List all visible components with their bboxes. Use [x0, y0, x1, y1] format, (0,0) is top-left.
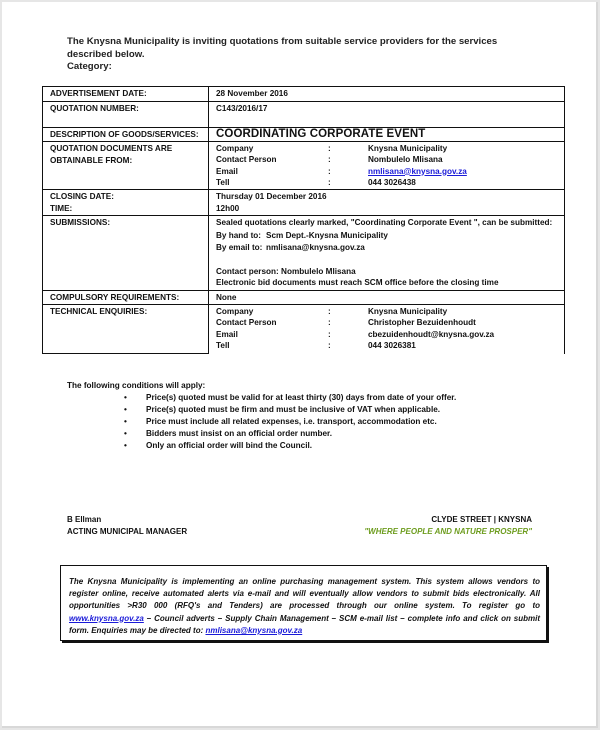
row-advertisement-date: ADVERTISEMENT DATE: 28 November 2016 [43, 87, 565, 102]
by-email-label: By email to: [216, 242, 266, 255]
separator: : [328, 317, 368, 328]
company-key: Company [216, 143, 328, 154]
email-value: cbezuidenhoudt@knysna.gov.za [368, 329, 557, 340]
row-compulsory: COMPULSORY REQUIREMENTS: None [43, 290, 565, 305]
technical-company: Company:Knysna Municipality [216, 306, 557, 317]
email-link[interactable]: nmlisana@knysna.gov.za [368, 166, 557, 177]
intro-text: The Knysna Municipality is inviting quot… [67, 36, 537, 61]
separator: : [328, 340, 368, 351]
submissions-contact: Contact person: Nombulelo Mlisana [216, 266, 557, 278]
closing-date-label: CLOSING DATE: [50, 191, 201, 203]
municipal-slogan: "WHERE PEOPLE AND NATURE PROSPER" [364, 526, 532, 538]
documents-company: Company:Knysna Municipality [216, 143, 557, 154]
signature-block: B Ellman ACTING MUNICIPAL MANAGER [67, 514, 187, 538]
documents-contact: Company:Knysna Municipality Contact Pers… [209, 142, 565, 190]
company-value: Knysna Municipality [368, 306, 557, 317]
documents-tell: Tell:044 3026438 [216, 177, 557, 188]
documents-email: Email:nmlisana@knysna.gov.za [216, 166, 557, 177]
contact-person-value: Nombulelo Mlisana [368, 154, 557, 165]
document-page: The Knysna Municipality is inviting quot… [2, 2, 598, 728]
description-label: DESCRIPTION OF GOODS/SERVICES: [43, 127, 209, 142]
website-link[interactable]: www.knysna.gov.za [69, 614, 144, 623]
row-technical: TECHNICAL ENQUIRIES: Company:Knysna Muni… [43, 305, 565, 354]
tell-value: 044 3026438 [368, 177, 557, 188]
row-closing: CLOSING DATE: TIME: Thursday 01 December… [43, 190, 565, 216]
category-label: Category: [67, 61, 537, 74]
row-submissions: SUBMISSIONS: Sealed quotations clearly m… [43, 216, 565, 291]
condition-item: Price must include all related expenses,… [124, 416, 537, 428]
row-quotation-number: QUOTATION NUMBER: C143/2016/17 [43, 101, 565, 127]
conditions-section: The following conditions will apply: Pri… [67, 381, 537, 452]
submissions-intro: Sealed quotations clearly marked, "Coord… [216, 217, 557, 229]
notice-text-1: The Knysna Municipality is implementing … [69, 577, 540, 610]
contact-person-value: Christopher Bezuidenhoudt [368, 317, 557, 328]
company-key: Company [216, 306, 328, 317]
online-system-notice: The Knysna Municipality is implementing … [60, 565, 547, 641]
by-email-row: By email to:nmlisana@knysna.gov.za [216, 242, 557, 255]
advertisement-date-value: 28 November 2016 [209, 87, 565, 102]
row-description: DESCRIPTION OF GOODS/SERVICES: COORDINAT… [43, 127, 565, 142]
intro-paragraph: The Knysna Municipality is inviting quot… [67, 36, 537, 74]
by-hand-label: By hand to: [216, 230, 266, 243]
email-key: Email [216, 166, 328, 177]
tell-value: 044 3026381 [368, 340, 557, 351]
condition-item: Bidders must insist on an official order… [124, 428, 537, 440]
submissions-label: SUBMISSIONS: [43, 216, 209, 291]
company-value: Knysna Municipality [368, 143, 557, 154]
address-street: CLYDE STREET | KNYSNA [364, 514, 532, 526]
quotation-details-table: ADVERTISEMENT DATE: 28 November 2016 QUO… [42, 86, 565, 354]
quotation-number-label: QUOTATION NUMBER: [43, 101, 209, 127]
tell-key: Tell [216, 177, 328, 188]
by-hand-value: Scm Dept.-Knysna Municipality [266, 230, 557, 243]
closing-value: Thursday 01 December 2016 12h00 [209, 190, 565, 216]
quotation-number-value: C143/2016/17 [209, 101, 565, 127]
signatory-name: B Ellman [67, 514, 187, 526]
condition-item: Price(s) quoted must be valid for at lea… [124, 392, 537, 404]
technical-email: Email:cbezuidenhoudt@knysna.gov.za [216, 329, 557, 340]
condition-item: Only an official order will bind the Cou… [124, 440, 537, 452]
submissions-note: Electronic bid documents must reach SCM … [216, 277, 557, 289]
closing-time-value: 12h00 [216, 203, 557, 215]
description-value: COORDINATING CORPORATE EVENT [209, 127, 565, 142]
enquiries-email-link[interactable]: nmlisana@knysna.gov.za [205, 626, 302, 635]
row-documents: QUOTATION DOCUMENTS ARE OBTAINABLE FROM:… [43, 142, 565, 190]
conditions-list: Price(s) quoted must be valid for at lea… [67, 392, 537, 452]
condition-item: Price(s) quoted must be firm and must be… [124, 404, 537, 416]
technical-label: TECHNICAL ENQUIRIES: [43, 305, 209, 354]
submissions-value: Sealed quotations clearly marked, "Coord… [209, 216, 565, 291]
compulsory-label: COMPULSORY REQUIREMENTS: [43, 290, 209, 305]
technical-contact: Company:Knysna Municipality Contact Pers… [209, 305, 565, 354]
closing-date-value: Thursday 01 December 2016 [216, 191, 557, 203]
service-title: COORDINATING CORPORATE EVENT [216, 128, 425, 140]
separator: : [328, 177, 368, 188]
separator: : [328, 166, 368, 177]
signatory-title: ACTING MUNICIPAL MANAGER [67, 526, 187, 538]
separator: : [328, 143, 368, 154]
documents-label: QUOTATION DOCUMENTS ARE OBTAINABLE FROM: [43, 142, 209, 190]
time-label: TIME: [50, 203, 201, 215]
advertisement-date-label: ADVERTISEMENT DATE: [43, 87, 209, 102]
address-block: CLYDE STREET | KNYSNA "WHERE PEOPLE AND … [364, 514, 532, 538]
contact-person-key: Contact Person [216, 154, 328, 165]
separator: : [328, 306, 368, 317]
tell-key: Tell [216, 340, 328, 351]
by-hand-row: By hand to:Scm Dept.-Knysna Municipality [216, 230, 557, 243]
separator: : [328, 154, 368, 165]
email-key: Email [216, 329, 328, 340]
documents-contact-person: Contact Person:Nombulelo Mlisana [216, 154, 557, 165]
technical-contact-person: Contact Person:Christopher Bezuidenhoudt [216, 317, 557, 328]
separator: : [328, 329, 368, 340]
contact-person-key: Contact Person [216, 317, 328, 328]
closing-label: CLOSING DATE: TIME: [43, 190, 209, 216]
by-email-value: nmlisana@knysna.gov.za [266, 242, 557, 255]
compulsory-value: None [209, 290, 565, 305]
conditions-heading: The following conditions will apply: [67, 381, 537, 390]
technical-tell: Tell:044 3026381 [216, 340, 557, 351]
